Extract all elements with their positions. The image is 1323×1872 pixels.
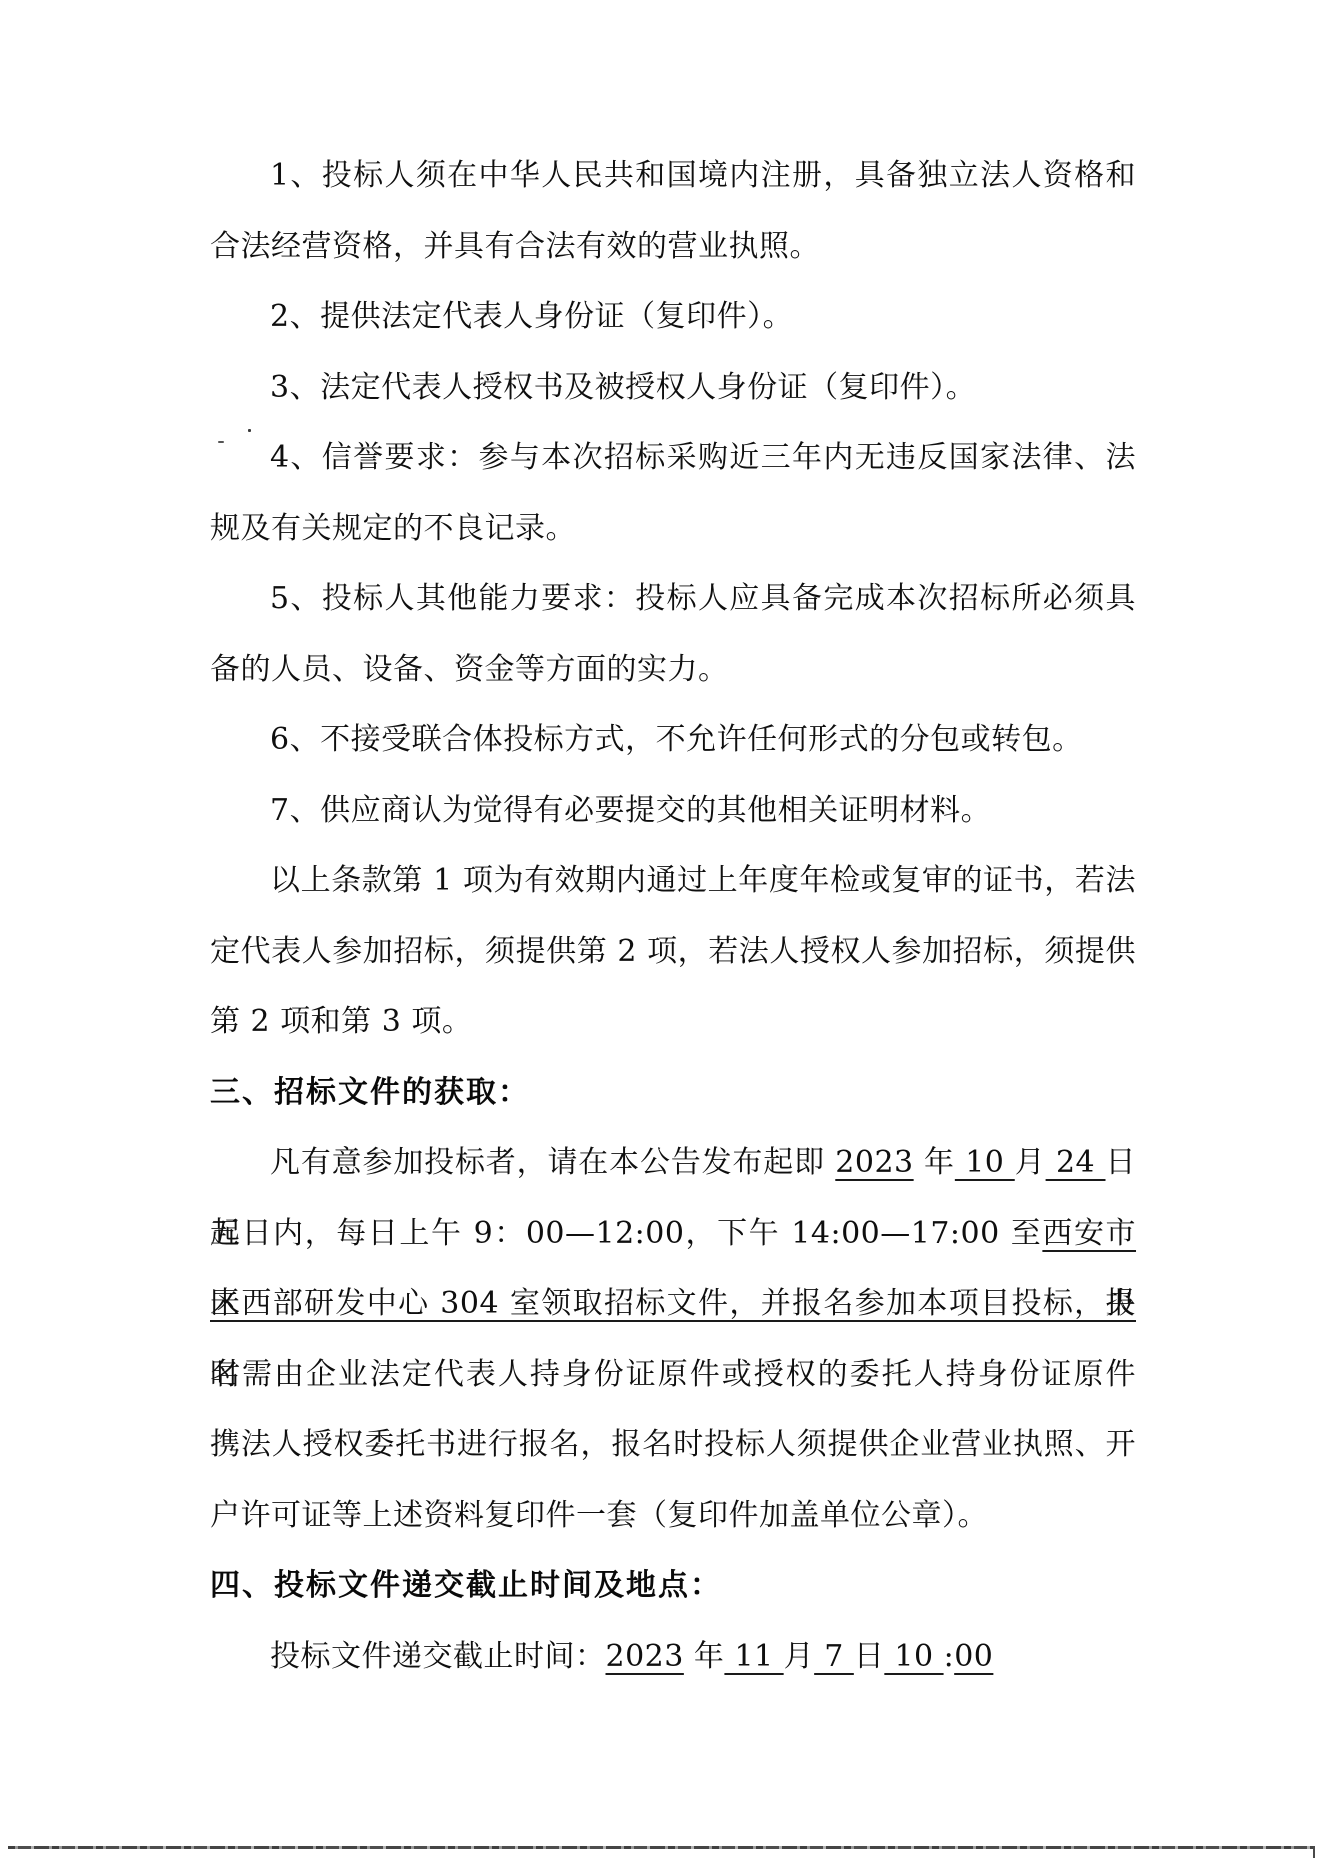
clause-2: 2、提供法定代表人身份证（复印件）。	[210, 282, 1136, 353]
underlined-blank-value: 2023	[606, 1639, 684, 1674]
text-segment: 定代表人参加招标，须提供第 2 项，若法人授权人参加招标，须提供	[210, 934, 1136, 969]
text-segment: 2、提供法定代表人身份证（复印件）。	[270, 299, 793, 334]
underlined-blank-value: 00	[954, 1639, 993, 1674]
text-segment: 月	[1015, 1145, 1046, 1180]
section-3-line-1: 凡有意参加投标者，请在本公告发布起即 2023 年 10 月 24 日起	[210, 1128, 1136, 1199]
text-segment: 年	[914, 1145, 955, 1180]
section-3-line-3: 区西部研发中心 304 室领取招标文件，并报名参加本项目投标，报名	[210, 1269, 1136, 1340]
text-segment: 凡有意参加投标者，请在本公告发布起即	[270, 1145, 835, 1180]
underlined-blank-value: 10	[884, 1639, 943, 1674]
text-segment: 以上条款第 1 项为有效期内通过上年度年检或复审的证书，若法	[270, 863, 1136, 898]
underlined-blank-value: 11	[724, 1639, 783, 1674]
text-segment: 时需由企业法定代表人持身份证原件或授权的委托人持身份证原件	[210, 1357, 1136, 1392]
clause-4-line-2: 规及有关规定的不良记录。	[210, 494, 1136, 565]
clause-note-line-1: 以上条款第 1 项为有效期内通过上年度年检或复审的证书，若法	[210, 846, 1136, 917]
text-segment: 月	[784, 1639, 815, 1674]
text-segment: :	[944, 1639, 955, 1674]
text-segment: 四、投标文件递交截止时间及地点：	[210, 1568, 722, 1603]
clause-7: 7、供应商认为觉得有必要提交的其他相关证明材料。	[210, 776, 1136, 847]
text-segment: 备的人员、设备、资金等方面的实力。	[210, 652, 729, 687]
clause-note-line-2: 定代表人参加招标，须提供第 2 项，若法人授权人参加招标，须提供	[210, 917, 1136, 988]
ink-speck	[248, 429, 251, 432]
text-segment: 6、不接受联合体投标方式，不允许任何形式的分包或转包。	[270, 722, 1083, 757]
clause-note-line-3: 第 2 项和第 3 项。	[210, 987, 1136, 1058]
text-segment: 年	[684, 1639, 725, 1674]
section-3-line-4: 时需由企业法定代表人持身份证原件或授权的委托人持身份证原件	[210, 1340, 1136, 1411]
text-segment: 日	[854, 1639, 885, 1674]
scan-artifact-line-end-hook	[1313, 1846, 1315, 1858]
text-segment: 户许可证等上述资料复印件一套（复印件加盖单位公章）。	[210, 1498, 988, 1533]
clause-1-line-2: 合法经营资格，并具有合法有效的营业执照。	[210, 212, 1136, 283]
ink-speck	[218, 441, 224, 443]
clause-3: 3、法定代表人授权书及被授权人身份证（复印件）。	[210, 353, 1136, 424]
section-3-heading: 三、招标文件的获取：	[210, 1058, 1136, 1129]
scan-artifact-bottom-line	[8, 1846, 1313, 1849]
scanned-document-text-block: 1、投标人须在中华人民共和国境内注册，具备独立法人资格和合法经营资格，并具有合法…	[210, 141, 1136, 1692]
section-3-line-2: 五日内，每日上午 9：00—12:00，下午 14:00—17:00 至西安市未…	[210, 1199, 1136, 1270]
clause-1-line-1: 1、投标人须在中华人民共和国境内注册，具备独立法人资格和	[210, 141, 1136, 212]
text-segment: 5、投标人其他能力要求：投标人应具备完成本次招标所必须具	[270, 581, 1136, 616]
section-3-line-6: 户许可证等上述资料复印件一套（复印件加盖单位公章）。	[210, 1481, 1136, 1552]
underlined-blank-value: 7	[814, 1639, 854, 1674]
text-segment: 规及有关规定的不良记录。	[210, 511, 576, 546]
section-3-line-5: 携法人授权委托书进行报名，报名时投标人须提供企业营业执照、开	[210, 1410, 1136, 1481]
text-segment: 第 2 项和第 3 项。	[210, 1004, 472, 1039]
section-4-line-1: 投标文件递交截止时间：2023 年 11 月 7 日 10 :00	[210, 1622, 1136, 1693]
text-segment: 1、投标人须在中华人民共和国境内注册，具备独立法人资格和	[270, 158, 1136, 193]
text-segment: 投标文件递交截止时间：	[270, 1639, 606, 1674]
clause-5-line-2: 备的人员、设备、资金等方面的实力。	[210, 635, 1136, 706]
underlined-blank-value: 2023	[835, 1145, 913, 1180]
text-segment: 7、供应商认为觉得有必要提交的其他相关证明材料。	[270, 793, 991, 828]
clause-5-line-1: 5、投标人其他能力要求：投标人应具备完成本次招标所必须具	[210, 564, 1136, 635]
text-segment: 五日内，每日上午 9：00—12:00，下午 14:00—17:00 至	[210, 1216, 1042, 1251]
ink-speck	[660, 800, 663, 802]
underlined-blank-value: 区西部研发中心 304 室	[210, 1286, 541, 1321]
text-segment: 4、信誉要求：参与本次招标采购近三年内无违反国家法律、法	[270, 440, 1136, 475]
clause-4-line-1: 4、信誉要求：参与本次招标采购近三年内无违反国家法律、法	[210, 423, 1136, 494]
underlined-blank-value: 10	[955, 1145, 1015, 1180]
underlined-blank-value: 24	[1046, 1145, 1106, 1180]
text-segment: 合法经营资格，并具有合法有效的营业执照。	[210, 229, 820, 264]
text-segment: 三、招标文件的获取：	[210, 1075, 530, 1110]
text-segment: 3、法定代表人授权书及被授权人身份证（复印件）。	[270, 370, 976, 405]
section-4-heading: 四、投标文件递交截止时间及地点：	[210, 1551, 1136, 1622]
text-segment: 携法人授权委托书进行报名，报名时投标人须提供企业营业执照、开	[210, 1427, 1136, 1462]
clause-6: 6、不接受联合体投标方式，不允许任何形式的分包或转包。	[210, 705, 1136, 776]
